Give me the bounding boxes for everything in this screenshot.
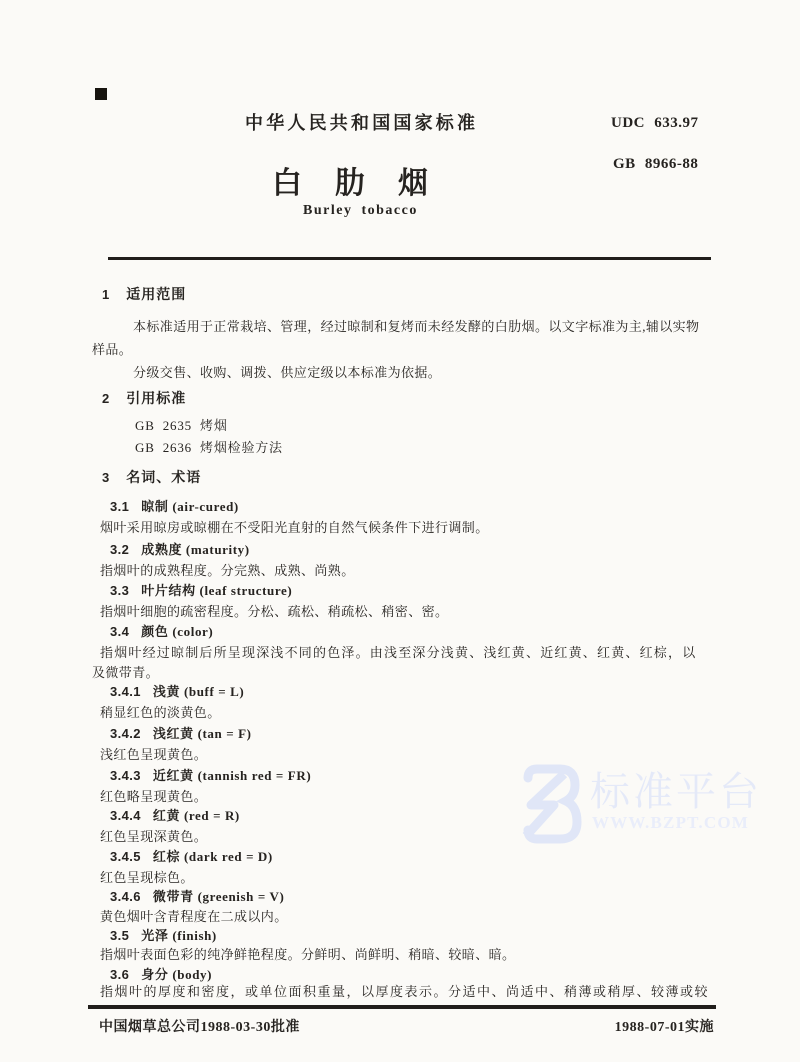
paragraph-line: 本标准适用于正常栽培、管理，经过晾制和复烤而未经发酵的白肋烟。以文字标准为主,辅…	[133, 320, 699, 333]
term-definition-continued: 及微带青。	[92, 666, 159, 679]
term-number: 3.3	[110, 583, 129, 598]
term-item: 3.4颜色 (color)	[110, 625, 213, 638]
effective-date: 1988-07-01实施	[615, 1016, 714, 1036]
term-definition: 浅红色呈现黄色。	[100, 748, 207, 761]
document-title-english: Burley tobacco	[303, 203, 418, 219]
term-item: 3.5光泽 (finish)	[110, 929, 217, 942]
term-label: 晾制 (air-cured)	[141, 499, 239, 514]
term-label: 红棕 (dark red = D)	[153, 849, 273, 864]
standard-code: GB 8966-88	[613, 156, 698, 173]
term-definition: 红色略呈现黄色。	[100, 790, 207, 803]
scan-corner-mark	[95, 88, 107, 100]
footer-divider-line	[88, 1005, 716, 1009]
term-definition: 稍显红色的淡黄色。	[100, 706, 221, 719]
term-number: 3.4.6	[110, 889, 141, 904]
term-number: 3.4	[110, 624, 129, 639]
term-definition: 指烟叶的厚度和密度，或单位面积重量，以厚度表示。分适中、尚适中、稍薄或稍厚、较薄…	[100, 985, 709, 998]
document-page: 中华人民共和国国家标准 UDC 633.97 白肋烟 GB 8966-88 Bu…	[0, 0, 800, 1062]
term-definition: 指烟叶表面色彩的纯净鲜艳程度。分鲜明、尚鲜明、稍暗、较暗、暗。	[100, 948, 515, 961]
section-2-number: 2	[102, 391, 110, 406]
term-item: 3.2成熟度 (maturity)	[110, 543, 250, 556]
term-item: 3.4.2浅红黄 (tan = F)	[110, 727, 252, 740]
section-3-title: 名词、术语	[126, 471, 201, 486]
term-label: 浅黄 (buff = L)	[153, 684, 244, 699]
term-definition: 指烟叶的成熟程度。分完熟、成熟、尚熟。	[100, 564, 355, 577]
term-label: 近红黄 (tannish red = FR)	[153, 768, 311, 783]
term-item: 3.6身分 (body)	[110, 968, 212, 981]
section-2-heading: 2引用标准	[102, 392, 186, 407]
watermark: 标准平台 WWW.BZPT.COM	[518, 756, 758, 851]
term-label: 身分 (body)	[141, 967, 212, 982]
watermark-name: 标准平台	[590, 760, 762, 817]
term-definition: 红色呈现棕色。	[100, 871, 194, 884]
term-label: 微带青 (greenish = V)	[153, 889, 284, 904]
term-number: 3.4.3	[110, 768, 141, 783]
term-item: 3.4.3近红黄 (tannish red = FR)	[110, 769, 311, 782]
section-1-number: 1	[102, 287, 110, 302]
term-definition: 指烟叶细胞的疏密程度。分松、疏松、稍疏松、稍密、密。	[100, 605, 448, 618]
term-item: 3.4.6微带青 (greenish = V)	[110, 890, 284, 903]
term-item: 3.4.4红黄 (red = R)	[110, 809, 240, 822]
reference-standard: GB 2636 烤烟检验方法	[135, 441, 283, 454]
term-number: 3.6	[110, 967, 129, 982]
term-definition: 指烟叶经过晾制后所呈现深浅不同的色泽。由浅至深分浅黄、浅红黄、近红黄、红黄、红棕…	[100, 646, 696, 659]
term-definition: 红色呈现深黄色。	[100, 830, 207, 843]
term-definition: 烟叶采用晾房或晾棚在不受阳光直射的自然气候条件下进行调制。	[100, 521, 489, 534]
term-item: 3.1晾制 (air-cured)	[110, 500, 239, 513]
term-definition: 黄色烟叶含青程度在二成以内。	[100, 910, 288, 923]
section-1-title: 适用范围	[126, 288, 186, 303]
section-3-heading: 3名词、术语	[102, 471, 201, 486]
header-divider-line	[108, 257, 711, 260]
national-standard-header: 中华人民共和国国家标准	[245, 109, 478, 135]
paragraph-line: 分级交售、收购、调拨、供应定级以本标准为依据。	[133, 366, 441, 379]
term-number: 3.4.5	[110, 849, 141, 864]
approval-note: 中国烟草总公司1988-03-30批准	[99, 1016, 300, 1036]
section-3-number: 3	[102, 470, 110, 485]
reference-standard: GB 2635 烤烟	[135, 419, 228, 432]
section-1-heading: 1适用范围	[102, 288, 186, 303]
document-title: 白肋烟	[272, 158, 461, 202]
term-number: 3.5	[110, 928, 129, 943]
term-number: 3.2	[110, 542, 129, 557]
paragraph-line: 样品。	[92, 343, 132, 356]
watermark-url: WWW.BZPT.COM	[592, 813, 749, 833]
term-item: 3.4.5红棕 (dark red = D)	[110, 850, 273, 863]
bzpt-logo-icon	[518, 764, 582, 844]
term-number: 3.4.1	[110, 684, 141, 699]
term-number: 3.4.2	[110, 726, 141, 741]
section-2-title: 引用标准	[126, 392, 186, 407]
udc-number: UDC 633.97	[611, 115, 699, 132]
term-label: 叶片结构 (leaf structure)	[141, 583, 292, 598]
term-item: 3.3叶片结构 (leaf structure)	[110, 584, 292, 597]
term-number: 3.4.4	[110, 808, 141, 823]
term-label: 浅红黄 (tan = F)	[153, 726, 252, 741]
term-label: 成熟度 (maturity)	[141, 542, 249, 557]
term-item: 3.4.1浅黄 (buff = L)	[110, 685, 244, 698]
term-label: 颜色 (color)	[141, 624, 213, 639]
term-label: 红黄 (red = R)	[153, 808, 240, 823]
term-label: 光泽 (finish)	[141, 928, 217, 943]
term-number: 3.1	[110, 499, 129, 514]
